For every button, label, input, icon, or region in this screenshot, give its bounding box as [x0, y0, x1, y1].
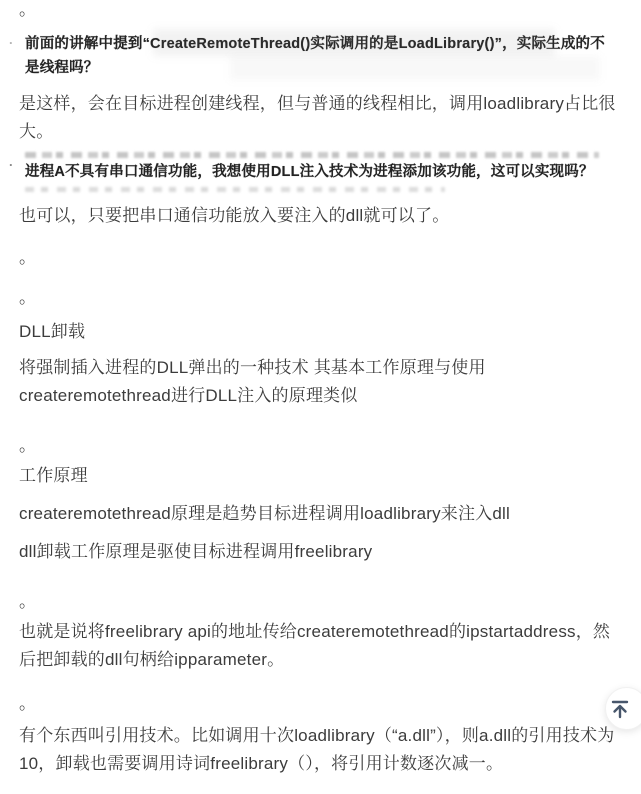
body-paragraph: 有个东西叫引用技术。比如调用十次loadlibrary（“a.dll”），则a.…: [19, 722, 621, 778]
question-block: . 前面的讲解中提到“CreateRemoteThread()实际调用的是Loa…: [25, 32, 617, 80]
answer-paragraph: 也可以，只要把串口通信功能放入要注入的dll就可以了。: [19, 202, 621, 230]
paragraph-mark: 。: [19, 248, 622, 268]
paragraph-mark: 。: [19, 288, 622, 308]
body-paragraph: 将强制插入进程的DLL弹出的一种技术 其基本工作原理与使用createremot…: [19, 354, 621, 410]
question-lead-dot: .: [9, 32, 13, 47]
question-block: . 进程A不具有串口通信功能，我想使用DLL注入技术为进程添加该功能，这可以实现…: [25, 152, 617, 192]
body-paragraph: dll卸载工作原理是驱使目标进程调用freelibrary: [19, 538, 621, 566]
text-artifact-smudge: [25, 187, 445, 192]
note-content: 。 . 前面的讲解中提到“CreateRemoteThread()实际调用的是L…: [0, 0, 641, 778]
paragraph-mark: 。: [19, 592, 622, 612]
question-text: 进程A不具有串口通信功能，我想使用DLL注入技术为进程添加该功能，这可以实现吗？: [25, 160, 617, 184]
question-text: 前面的讲解中提到“CreateRemoteThread()实际调用的是LoadL…: [25, 32, 617, 80]
paragraph-mark: 。: [19, 0, 622, 20]
body-paragraph: createremotethread原理是趋势目标进程调用loadlibrary…: [19, 500, 621, 528]
body-paragraph: 也就是说将freelibrary api的地址传给createremotethr…: [19, 618, 621, 674]
paragraph-mark: 。: [19, 694, 622, 714]
section-title: 工作原理: [19, 462, 621, 490]
question-lead-dot: .: [9, 154, 13, 169]
arrow-up-to-line-icon: [609, 698, 631, 720]
paragraph-mark: 。: [19, 436, 622, 456]
text-artifact-smudge: [25, 152, 599, 158]
answer-paragraph: 是这样，会在目标进程创建线程，但与普通的线程相比，调用loadlibrary占比…: [19, 90, 621, 146]
scroll-to-top-button[interactable]: [605, 687, 641, 730]
section-title: DLL卸载: [19, 318, 621, 346]
